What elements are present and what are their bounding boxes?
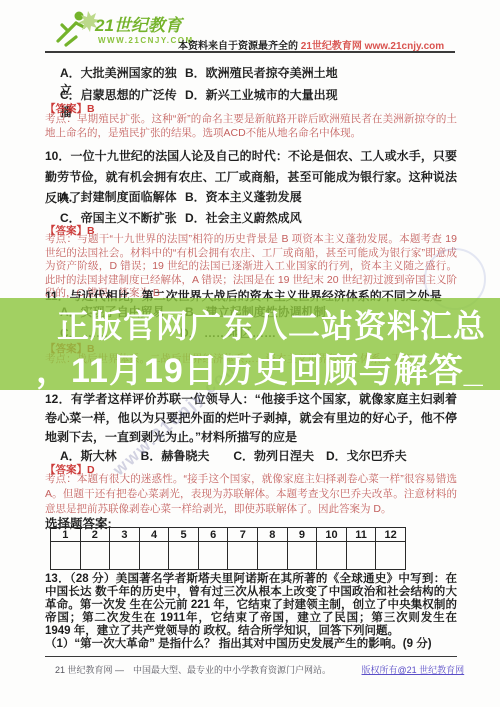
answer-table-header: 8 bbox=[258, 528, 288, 542]
answer-table-cell bbox=[287, 542, 317, 570]
q10-option-b: B．资本主义蓬勃发展 bbox=[185, 188, 457, 205]
answer-table-header: 1 bbox=[51, 528, 81, 542]
answer-table-cell bbox=[258, 542, 288, 570]
answer-table-header: 3 bbox=[110, 528, 140, 542]
watermark-line2: ，11月19日历史回顾与解答_ bbox=[36, 343, 484, 392]
footer-site-text: 21 世纪教育网 — 中国最大型、最专业的中小学教育资源门户网站。 bbox=[55, 665, 331, 675]
answer-table-header: 5 bbox=[169, 528, 199, 542]
svg-text:21世纪教育: 21世纪教育 bbox=[94, 16, 185, 35]
q13-stem: 13．（28 分）美国著名学者斯塔夫里阿诺斯在其所著的《全球通史》中写到：在中国… bbox=[45, 573, 457, 638]
answer-table-header: 6 bbox=[198, 528, 228, 542]
answer-table-cell bbox=[80, 542, 110, 570]
answer-table-cell bbox=[198, 542, 228, 570]
answer-table-cell bbox=[346, 542, 376, 570]
answer-table-header: 4 bbox=[139, 528, 169, 542]
answer-table-cell bbox=[317, 542, 347, 570]
answer-table-cell bbox=[376, 542, 406, 570]
footer-copyright-link[interactable]: 版权所有@21 世纪教育网 bbox=[362, 665, 465, 675]
q09-analysis: 考点：早期殖民扩张。这种“新”的命名主要是新航路开辟后欧洲殖民者在美洲新掠夺的土… bbox=[45, 113, 457, 140]
answer-table-header: 12 bbox=[376, 528, 406, 542]
header-notice: 本资料来自于资源最齐全的 21世纪教育网 www.21cnjy.com bbox=[178, 37, 444, 52]
q13-sub-question-1: （1）“第一次大革命” 是指什么？ 指出其对中国历史发展产生的影响。(9 分) bbox=[45, 638, 457, 651]
answer-table-empty-row bbox=[51, 542, 406, 570]
q12-analysis: 考点：本题有很大的迷惑性。“接手这个国家，就像家庭主妇择剥卷心菜一样”很容易错选… bbox=[45, 472, 457, 517]
answer-table-header: 11 bbox=[346, 528, 376, 542]
answer-table-cell bbox=[139, 542, 169, 570]
answer-table: 1 2 3 4 5 6 7 8 9 10 11 12 bbox=[50, 527, 406, 570]
footer-divider bbox=[45, 656, 457, 657]
watermark-line1: 正版官网广东八二站资料汇总 bbox=[57, 301, 486, 347]
answer-table-cell bbox=[110, 542, 140, 570]
answer-table-header: 9 bbox=[287, 528, 317, 542]
q10-option-a: A．封建制度面临解体 bbox=[45, 188, 185, 205]
answer-table-header: 10 bbox=[317, 528, 347, 542]
document-page: www.21cnjy.com 21世纪教育 WWW.21CNJY.COM 本资料… bbox=[0, 0, 500, 707]
q10-options-row1: A．封建制度面临解体 B．资本主义蓬勃发展 bbox=[45, 188, 457, 205]
answer-table-header: 2 bbox=[80, 528, 110, 542]
answer-table-header: 7 bbox=[228, 528, 258, 542]
answer-table-cell bbox=[169, 542, 199, 570]
header-divider bbox=[45, 51, 455, 53]
q12-stem: 12．有学者这样评价苏联一位领导人：“他接手这个国家，就像家庭主妇剥着卷心菜一样… bbox=[45, 390, 457, 447]
footer: 21 世纪教育网 — 中国最大型、最专业的中小学教育资源门户网站。 版权所有@2… bbox=[55, 663, 475, 676]
answer-table-cell bbox=[228, 542, 258, 570]
answer-table-header-row: 1 2 3 4 5 6 7 8 9 10 11 12 bbox=[51, 528, 406, 542]
answer-table-cell bbox=[51, 542, 81, 570]
